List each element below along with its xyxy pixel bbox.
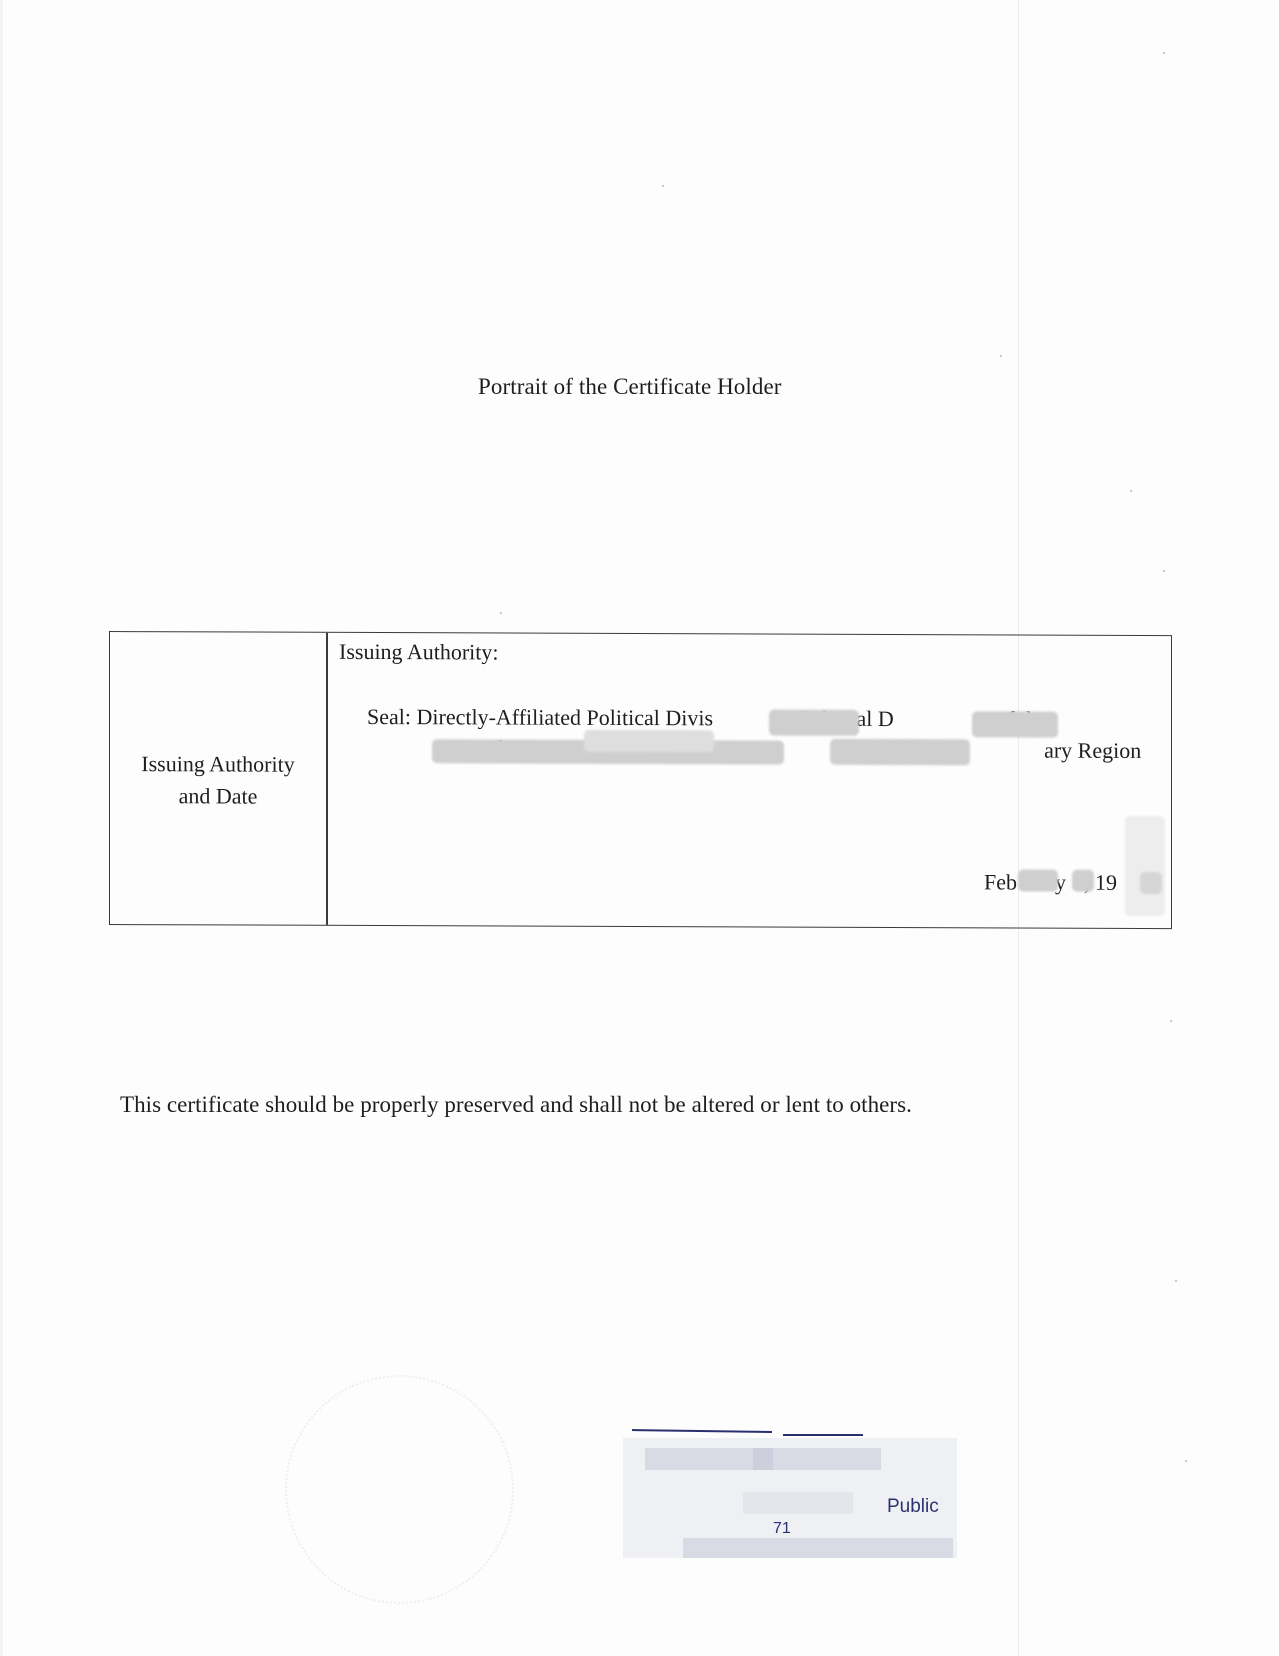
stamp-text-public: Public	[887, 1496, 939, 1518]
scan-speck	[1163, 52, 1165, 54]
label-line-2: and Date	[110, 780, 326, 813]
scan-speck	[662, 185, 664, 187]
redaction-block	[683, 1538, 953, 1558]
redaction-block	[1072, 870, 1094, 892]
portrait-caption: Portrait of the Certificate Holder	[478, 374, 782, 400]
date-part: Feb	[984, 869, 1017, 894]
redaction-block	[769, 710, 859, 736]
scan-edge	[0, 0, 3, 1656]
scan-speck	[1170, 1020, 1172, 1022]
issuing-authority-date-label: Issuing Authority and Date	[110, 748, 326, 813]
issuing-authority-heading: Issuing Authority:	[339, 639, 499, 666]
scan-speck	[500, 612, 502, 614]
scan-speck	[1163, 570, 1165, 572]
stamp-text-number: 71	[773, 1520, 791, 1538]
redaction-block	[830, 739, 970, 766]
redaction-block	[743, 1492, 853, 1514]
faint-seal-stamp	[285, 1375, 514, 1604]
seal-text-part: Seal: Directly-Affiliated Political Divi…	[367, 704, 713, 730]
redaction-block	[972, 711, 1058, 737]
scan-speck	[1175, 1280, 1177, 1282]
redaction-block	[584, 730, 714, 752]
label-line-1: Issuing Authority	[110, 748, 326, 781]
scan-speck	[1185, 1460, 1187, 1462]
seal-text-part: ary Region	[1044, 738, 1141, 763]
notary-stamp: Public 71	[623, 1428, 957, 1558]
redaction-block	[1125, 816, 1165, 916]
issuing-authority-table: Issuing Authority and Date Issuing Autho…	[109, 631, 1172, 929]
redaction-block	[1018, 869, 1058, 891]
seal-line-1: Seal: Directly-Affiliated Political Divi…	[367, 704, 1047, 733]
scan-speck	[1130, 490, 1132, 492]
signature-line	[783, 1434, 863, 1436]
signature-line	[632, 1429, 772, 1433]
preservation-notice: This certificate should be properly pres…	[120, 1092, 912, 1118]
table-column-divider	[326, 633, 328, 925]
redaction-block	[753, 1448, 773, 1470]
scan-speck	[1000, 355, 1002, 357]
